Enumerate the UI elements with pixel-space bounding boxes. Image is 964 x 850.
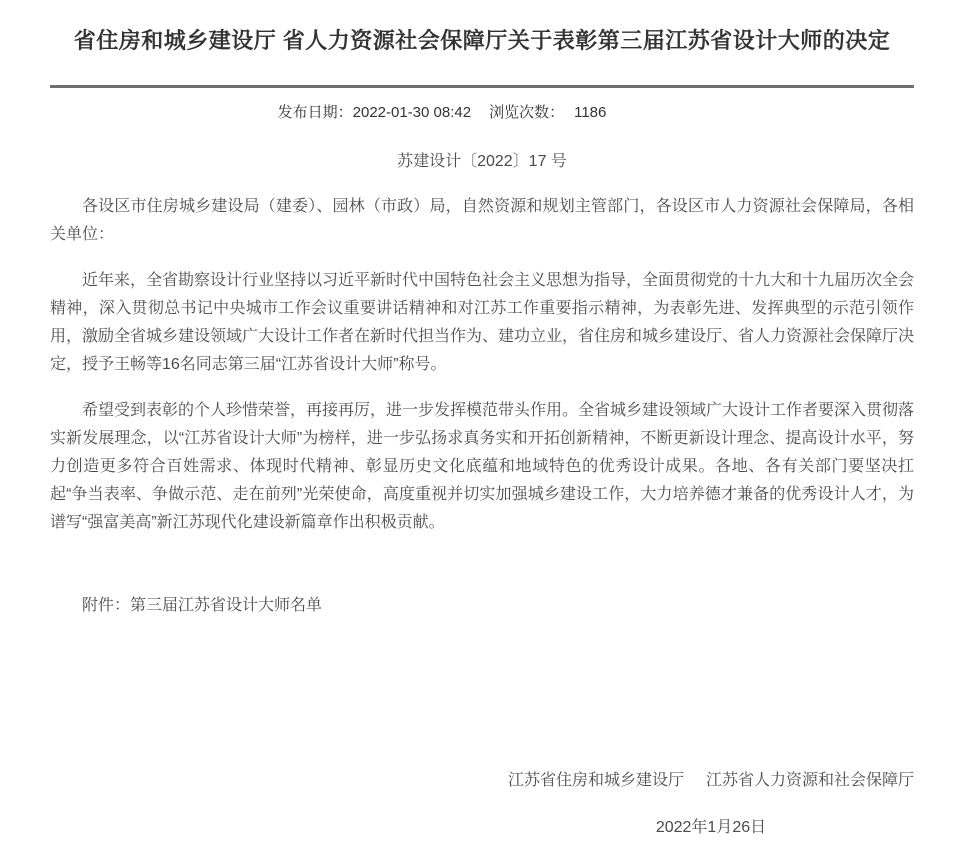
publish-date-label: 发布日期： [278, 104, 353, 121]
meta-bar: 发布日期：2022-01-30 08:42浏览次数：1186 [0, 104, 964, 122]
page-title: 省住房和城乡建设厅 省人力资源社会保障厅关于表彰第三届江苏省设计大师的决定 [0, 0, 964, 56]
body-paragraph-2: 希望受到表彰的个人珍惜荣誉，再接再厉，进一步发挥模范带头作用。全省城乡建设领域广… [50, 397, 914, 537]
signature-date: 2022年1月26日 [508, 817, 914, 839]
document-page: 省住房和城乡建设厅 省人力资源社会保障厅关于表彰第三届江苏省设计大师的决定 发布… [0, 0, 964, 850]
publish-date-value: 2022-01-30 08:42 [353, 104, 471, 121]
document-number: 苏建设计〔2022〕17 号 [0, 152, 964, 171]
views-value: 1186 [574, 104, 606, 121]
views-label: 浏览次数： [489, 104, 564, 121]
signature-inner: 江苏省住房和城乡建设厅江苏省人力资源和社会保障厅 2022年1月26日 [508, 770, 914, 839]
title-divider [50, 85, 914, 88]
document-body: 各设区市住房城乡建设局（建委）、园林（市政）局，自然资源和规划主管部门，各设区市… [50, 171, 914, 842]
signature-org-hr: 江苏省人力资源和社会保障厅 [706, 772, 914, 789]
signature-orgs-line: 江苏省住房和城乡建设厅江苏省人力资源和社会保障厅 [508, 770, 914, 792]
attachment-line: 附件：第三届江苏省设计大师名单 [50, 592, 914, 620]
signature-org-housing: 江苏省住房和城乡建设厅 [508, 772, 684, 789]
signature-block: 江苏省住房和城乡建设厅江苏省人力资源和社会保障厅 2022年1月26日 [50, 770, 914, 842]
salutation-paragraph: 各设区市住房城乡建设局（建委）、园林（市政）局，自然资源和规划主管部门，各设区市… [50, 193, 914, 249]
body-paragraph-1: 近年来，全省勘察设计行业坚持以习近平新时代中国特色社会主义思想为指导，全面贯彻党… [50, 267, 914, 379]
